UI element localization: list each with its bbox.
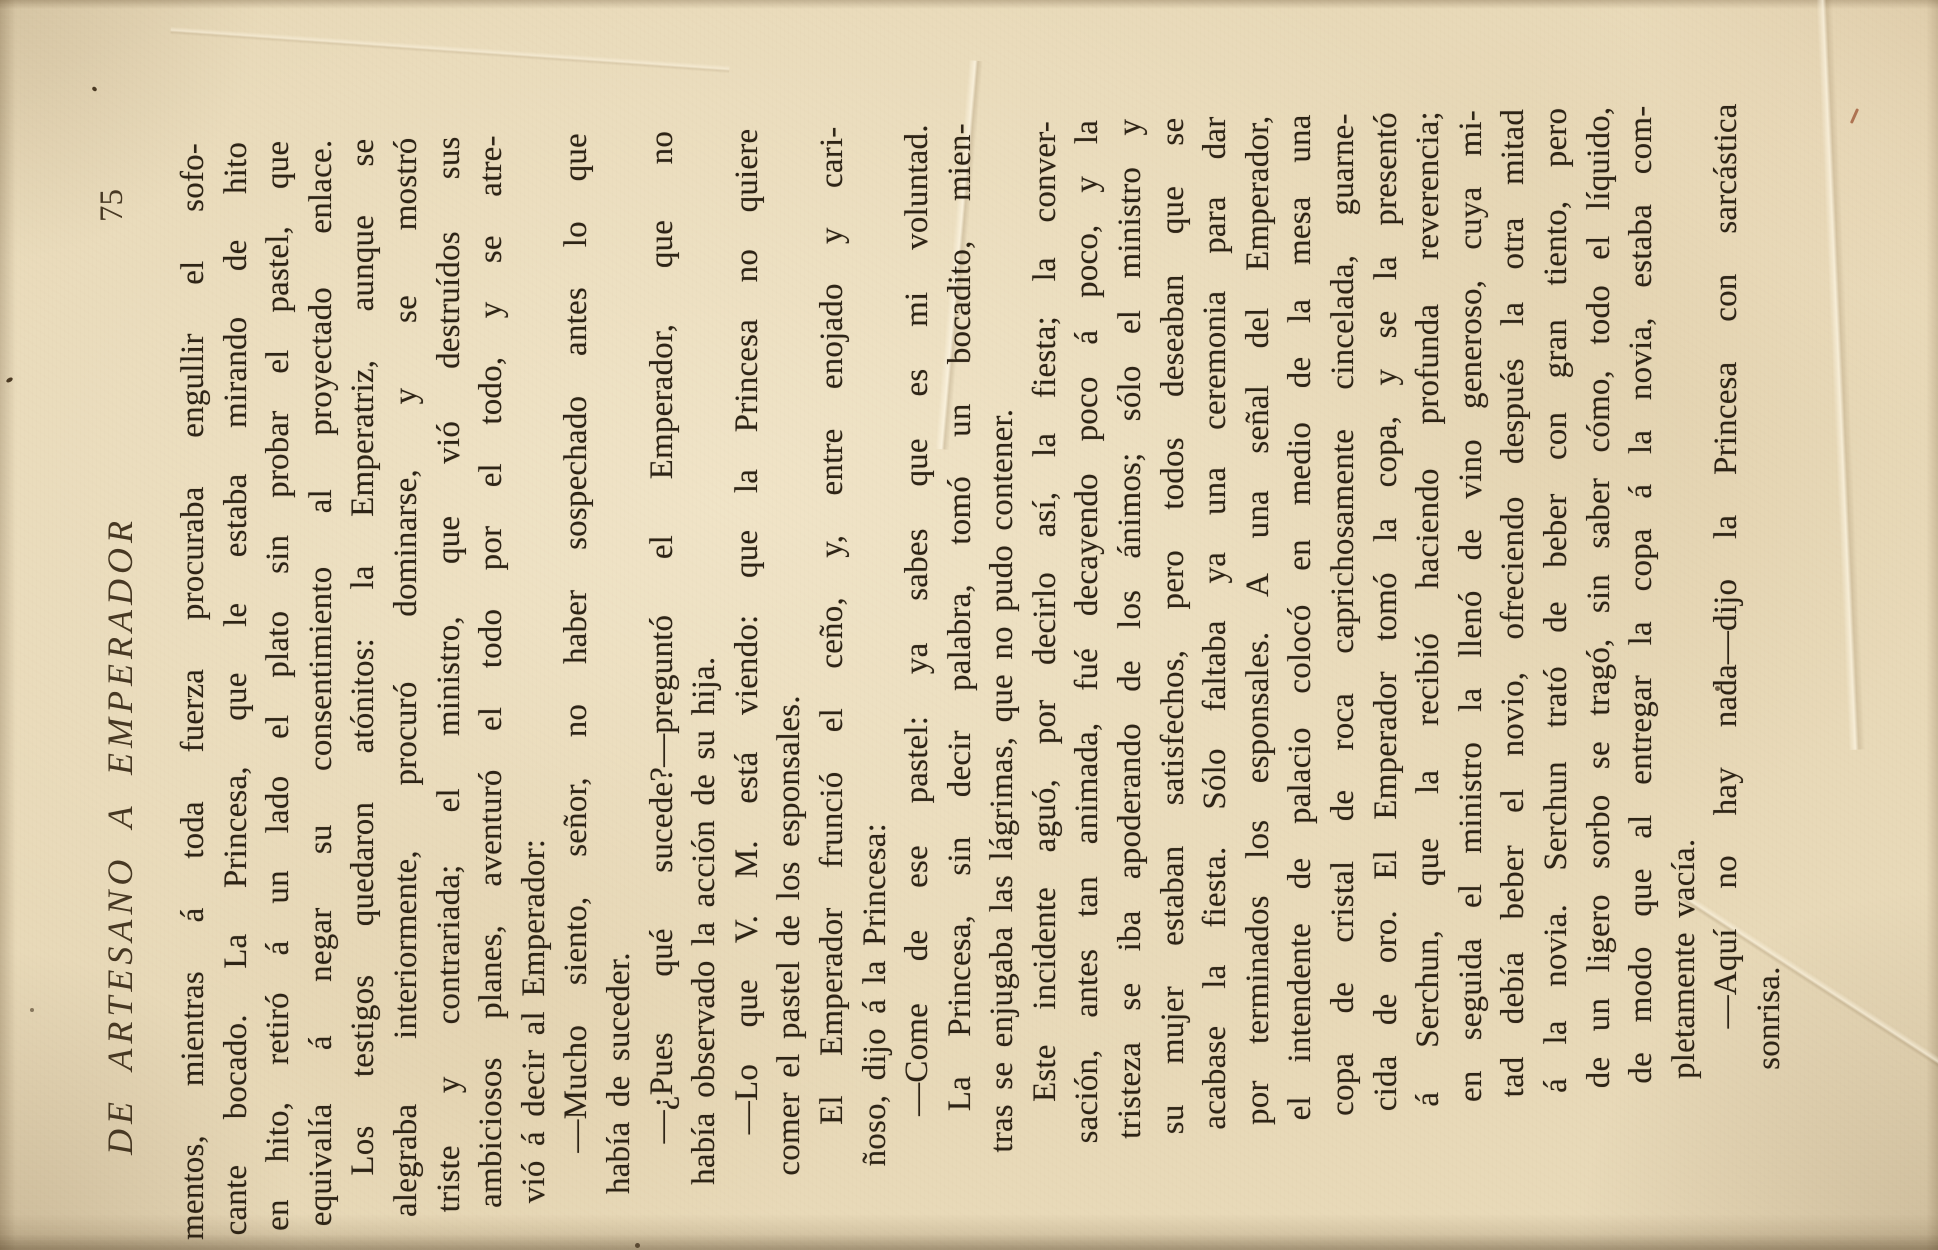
- text-line: pletamente vacía.: [1663, 105, 1706, 1080]
- text-line: su mujer estaban satisfechos, pero todos…: [1152, 118, 1195, 1135]
- scanned-page: DE ARTESANO A EMPERADOR 75 mentos, mient…: [0, 0, 1938, 1250]
- text-line: —Mucho siento, señor, no haber sospechad…: [555, 133, 598, 1199]
- text-line: á la novia. Serchun trató de beber con g…: [1535, 108, 1578, 1093]
- text-line: acabase la fiesta. Sólo faltaba ya una c…: [1194, 117, 1237, 1130]
- text-line: había observado la acción de su hija.: [683, 130, 726, 1185]
- text-line: había de suceder.: [598, 132, 641, 1194]
- text-line: de modo que al entregar la copa á la nov…: [1620, 106, 1663, 1084]
- text-line: ñoso, dijo á la Princesa:: [854, 125, 897, 1166]
- book-page: DE ARTESANO A EMPERADOR 75 mentos, mient…: [0, 0, 1938, 1250]
- text-line: El Emperador frunció el ceño, y, entre e…: [811, 127, 854, 1172]
- text-line: —Aquí no hay nada—dijo la Princesa con s…: [1705, 103, 1748, 1074]
- text-line: sonrisa.: [1748, 102, 1791, 1070]
- text-line: tristeza se iba apoderando de los ánimos…: [1109, 119, 1152, 1139]
- text-line: sación, antes tan animada, fué decayendo…: [1066, 120, 1109, 1144]
- text-line: tras se enjugaba las lágrimas, que no pu…: [981, 122, 1024, 1153]
- text-line: La Princesa, sin decir palabra, tomó un …: [939, 123, 982, 1157]
- text-line: copa de cristal de roca caprichosamente …: [1322, 113, 1365, 1116]
- page-text: mentos, mientras á toda fuerza procuraba…: [172, 0, 1791, 1250]
- text-line: comer el pastel de los esponsales.: [768, 128, 811, 1176]
- text-line: cida de oro. El Emperador tomó la copa, …: [1365, 112, 1408, 1111]
- text-line: ambiciosos planes, aventuró el todo por …: [470, 135, 513, 1208]
- text-line: Este incidente aguó, por decirlo así, la…: [1024, 121, 1067, 1148]
- text-line: á Serchun, que la recibió haciendo profu…: [1407, 111, 1450, 1107]
- text-line: equivalía á negar su consentimiento al p…: [300, 140, 343, 1227]
- text-line: mentos, mientras á toda fuerza procuraba…: [172, 143, 215, 1240]
- text-line: por terminados los esponsales. A una señ…: [1237, 116, 1280, 1126]
- text-line: —Come de ese pastel: ya sabes que es mi …: [896, 124, 939, 1162]
- page-number: 75: [94, 189, 130, 222]
- text-line: en seguida el ministro la llenó de vino …: [1450, 110, 1493, 1102]
- running-title: DE ARTESANO A EMPERADOR: [100, 516, 140, 1155]
- text-line: vió á decir al Emperador:: [513, 134, 556, 1203]
- text-line: triste y contrariada; el ministro, que v…: [428, 136, 471, 1212]
- text-line: alegraba interiormente, procuró dominars…: [385, 138, 428, 1218]
- text-line: Los testigos quedaron atónitos: la Emper…: [342, 139, 385, 1222]
- text-line: el intendente de palacio colocó en medio…: [1279, 114, 1322, 1120]
- text-line: de un ligero sorbo se tragó, sin saber c…: [1578, 107, 1621, 1089]
- text-line: —Lo que V. M. está viendo: que la Prince…: [726, 129, 769, 1181]
- text-line: cante bocado. La Princesa, que le estaba…: [215, 142, 258, 1236]
- text-line: en hito, retiró á un lado el plato sin p…: [257, 141, 300, 1231]
- text-line: —¿Pues qué sucede?—preguntó el Emperador…: [641, 131, 684, 1190]
- text-line: tad debía beber el novio, ofreciendo des…: [1492, 109, 1535, 1098]
